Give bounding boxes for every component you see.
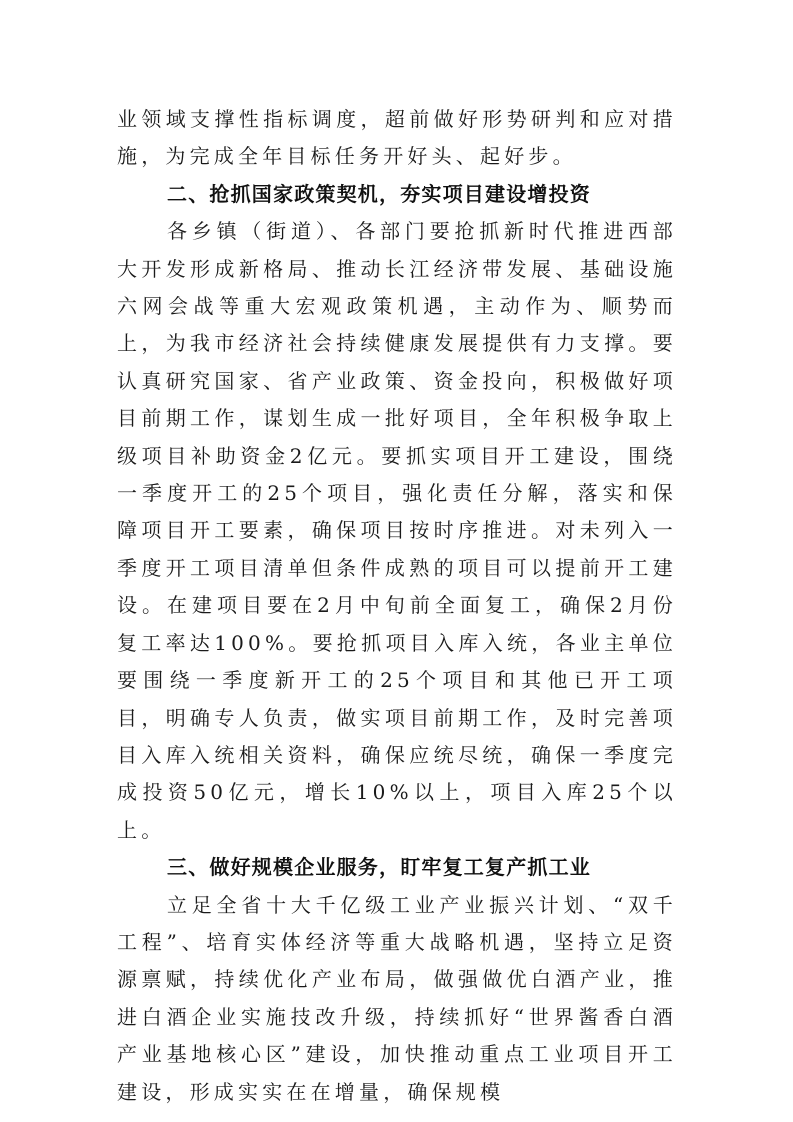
paragraph-continuation: 业领域支撑性指标调度，超前做好形势研判和应对措施，为完成全年目标任务开好头、起好… — [117, 101, 677, 176]
paragraph-investment: 各乡镇（街道）、各部门要抢抓新时代推进西部大开发形成新格局、推动长江经济带发展、… — [117, 213, 677, 849]
document-page: 业领域支撑性指标调度，超前做好形势研判和应对措施，为完成全年目标任务开好头、起好… — [117, 101, 677, 1111]
paragraph-industry: 立足全省十大千亿级工业产业振兴计划、“双千工程”、培育实体经济等重大战略机遇，坚… — [117, 887, 677, 1111]
section-heading-2: 二、抢抓国家政策契机，夯实项目建设增投资 — [117, 176, 677, 213]
section-heading-3: 三、做好规模企业服务，盯牢复工复产抓工业 — [117, 849, 677, 886]
